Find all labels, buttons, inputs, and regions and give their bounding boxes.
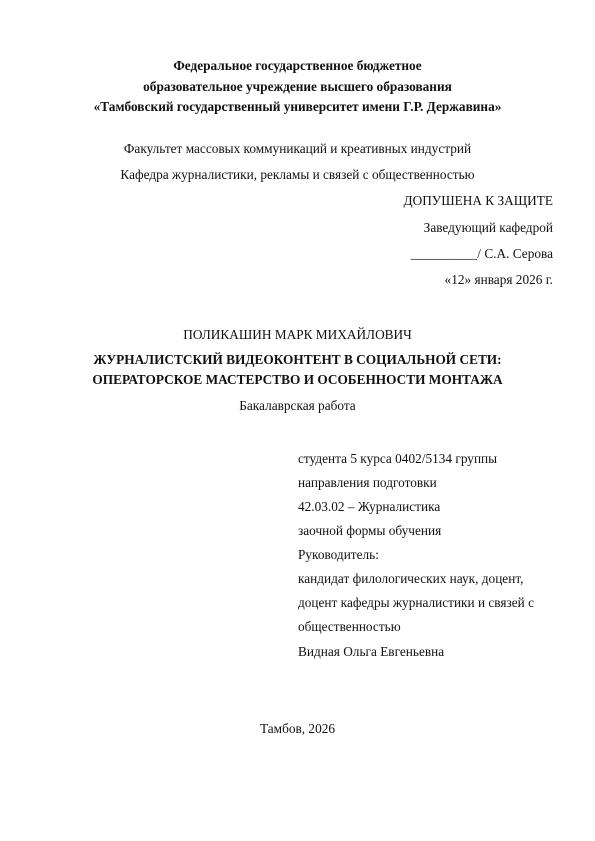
student-info-line: направления подготовки: [298, 476, 437, 489]
approval-status: ДОПУШЕНА К ЗАЩИТЕ: [404, 194, 553, 207]
student-info-line: студента 5 курса 0402/5134 группы: [298, 452, 497, 465]
supervisor-name: Видная Ольга Евгеньевна: [298, 645, 444, 658]
approval-signature: __________/ С.А. Серова: [411, 247, 553, 260]
approval-position: Заведующий кафедрой: [424, 221, 553, 234]
approval-date: «12» января 2026 г.: [445, 273, 553, 286]
author-name: ПОЛИКАШИН МАРК МИХАЙЛОВИЧ: [0, 328, 595, 341]
student-info-line: заочной формы обучения: [298, 524, 441, 537]
student-info-line: кандидат филологических наук, доцент,: [298, 572, 523, 585]
city-year: Тамбов, 2026: [0, 722, 595, 735]
faculty-name: Факультет массовых коммуникаций и креати…: [0, 142, 595, 155]
thesis-title-line-1: ЖУРНАЛИСТСКИЙ ВИДЕОКОНТЕНТ В СОЦИАЛЬНОЙ …: [0, 353, 595, 366]
institution-line-2: образовательное учреждение высшего образ…: [0, 80, 595, 93]
student-info-line: 42.03.02 – Журналистика: [298, 500, 440, 513]
student-info-line: Руководитель:: [298, 548, 379, 561]
thesis-title-line-2: ОПЕРАТОРСКОЕ МАСТЕРСТВО И ОСОБЕННОСТИ МО…: [0, 373, 595, 386]
work-type: Бакалаврская работа: [0, 399, 595, 412]
student-info-line: доцент кафедры журналистики и связей с: [298, 596, 534, 609]
department-name: Кафедра журналистики, рекламы и связей с…: [0, 168, 595, 181]
institution-line-3: «Тамбовский государственный университет …: [0, 100, 595, 113]
student-info-line: общественностью: [298, 620, 401, 633]
institution-line-1: Федеральное государственное бюджетное: [0, 59, 595, 72]
